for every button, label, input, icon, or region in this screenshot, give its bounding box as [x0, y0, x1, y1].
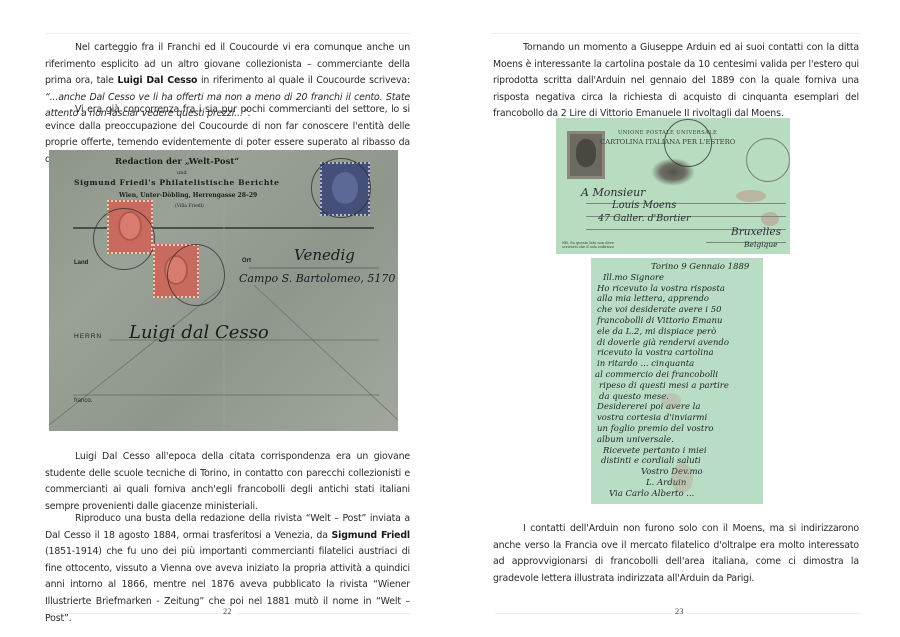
name-sigmund-friedl: Sigmund Friedl	[332, 530, 410, 541]
handwritten-street: 47 Galler. d'Bortier	[598, 213, 691, 224]
envelope-heading: Redaction der „Welt-Post“	[115, 157, 239, 167]
letter-line: album universale.	[597, 435, 674, 445]
letter-line: vostra cortesia d'inviarmi	[597, 413, 707, 423]
letter-line: da questo mese.	[599, 392, 669, 402]
stain	[671, 463, 693, 493]
letter-image: Torino 9 Gennaio 1889Ill.mo SignoreHo ri…	[591, 258, 763, 504]
label-herrn: Herrn	[74, 333, 102, 340]
postcard-image: UNIONE POSTALE UNIVERSALE CARTOLINA ITAL…	[556, 118, 790, 254]
postmark-dobling	[311, 158, 371, 218]
envelope-und: und	[177, 170, 187, 176]
footer-rule	[237, 613, 410, 614]
label-land: Land	[74, 260, 88, 266]
paragraph-francia: I contatti dell'Arduin non furono solo c…	[493, 521, 859, 587]
handwritten-monsieur: A Monsieur	[581, 186, 645, 199]
letter-line: ele da L.2, mi dispiace però	[597, 327, 716, 337]
letter-line: un foglio premio del vostro	[597, 424, 714, 434]
letter-line: al commercio dei francobolli	[595, 370, 718, 380]
letter-line: Ricevete pertanto i miei	[603, 446, 707, 456]
handwritten-street: Campo S. Bartolomeo, 5170	[239, 272, 395, 285]
label-ort: Ort	[242, 258, 251, 264]
left-page: Nel carteggio fra il Franchi ed il Couco…	[0, 0, 450, 637]
envelope-heading-2: Sigmund Friedl's Philatelistische Berich…	[74, 178, 280, 187]
envelope-image: Redaction der „Welt-Post“ und Sigmund Fr…	[49, 150, 398, 431]
letter-line: alla mia lettera, apprendo	[597, 294, 709, 304]
letter-line: ripeso di questi mesi a partire	[599, 381, 729, 391]
footer-rule	[44, 613, 219, 614]
top-rule	[45, 33, 410, 34]
handwritten-moens: Louis Moens	[612, 200, 676, 211]
footer-rule	[689, 613, 861, 614]
postmark-verona	[746, 138, 790, 182]
letter-line: Desidererei poi avere la	[597, 402, 700, 412]
letter-line: di doverle già rendervi avendo	[597, 338, 729, 348]
handwritten-city: Bruxelles	[731, 226, 781, 238]
page-footer: 22	[44, 606, 410, 620]
postcard-note: NB. Su questo lato non deve scriversi ch…	[562, 241, 622, 249]
label-franco: franco.	[74, 398, 92, 404]
page-number: 22	[223, 606, 232, 616]
postmark-1	[93, 208, 155, 270]
handwritten-city: Venedig	[294, 246, 355, 264]
postmark-2	[167, 244, 225, 306]
handwritten-country: Belgique	[744, 240, 778, 249]
postmark-torino	[664, 119, 712, 167]
page-footer: 23	[495, 606, 861, 620]
stain	[661, 393, 681, 409]
letter-line: Ho ricevuto la vostra risposta	[597, 284, 725, 294]
envelope-villa: (Villa Friedl)	[175, 204, 204, 209]
envelope-address: Wien, Unter-Döbling, Herrengasse 28–29	[119, 192, 257, 199]
footer-rule	[495, 613, 671, 614]
page-number: 23	[675, 606, 684, 616]
paragraph-arduin: Tornando un momento a Giuseppe Arduin ed…	[493, 40, 859, 123]
letter-line: Torino 9 Gennaio 1889	[651, 262, 749, 272]
letter-line: in ritardo ... cinquanta	[597, 359, 694, 369]
letter-line: Ill.mo Signore	[603, 273, 664, 283]
name-luigi-dal-cesso: Luigi Dal Cesso	[117, 75, 197, 86]
paragraph-dal-cesso: Luigi Dal Cesso all'epoca della citata c…	[45, 449, 410, 515]
letter-line: ricevuto la vostra cartolina	[597, 348, 714, 358]
stain	[736, 190, 766, 202]
handwritten-name: Luigi dal Cesso	[129, 322, 269, 343]
letter-line: francobolli di Vittorio Emanu	[597, 316, 722, 326]
top-rule	[490, 33, 860, 34]
stain	[761, 212, 779, 226]
letter-line: che voi desiderate avere i 50	[597, 305, 722, 315]
